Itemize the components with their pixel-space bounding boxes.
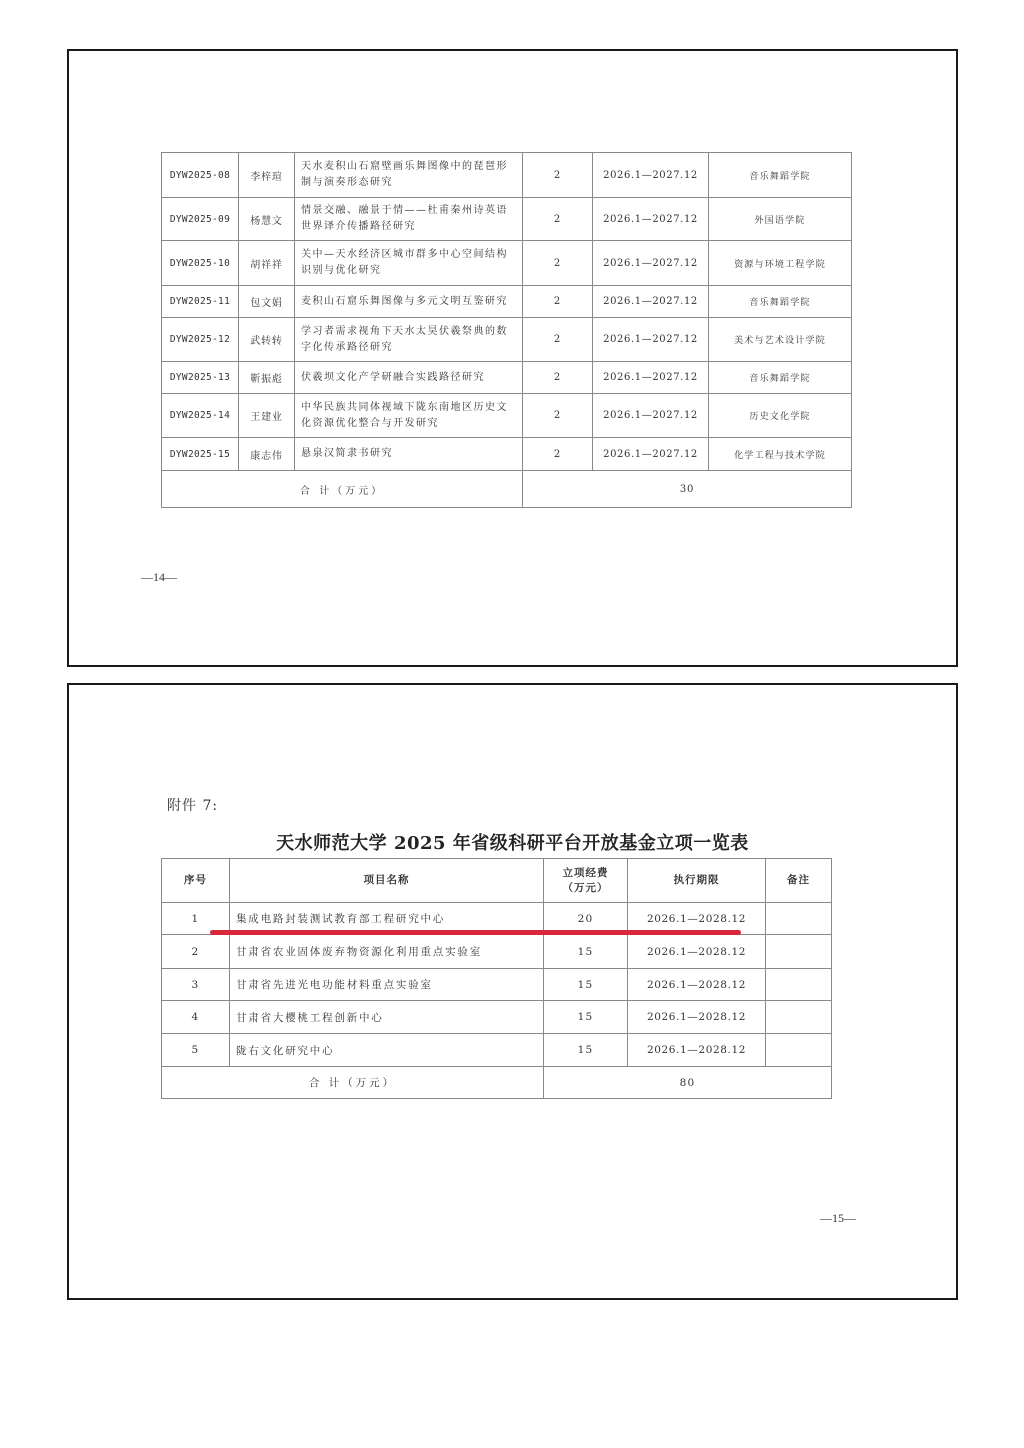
department: 化学工程与技术学院	[709, 438, 852, 471]
project-name: 甘肃省先进光电功能材料重点实验室	[230, 969, 544, 1001]
header-note: 备注	[766, 859, 832, 903]
table-row: DYW2025-14 王建业 中华民族共同体视域下陇东南地区历史文化资源优化整合…	[162, 394, 852, 438]
row-index: 5	[162, 1034, 230, 1067]
table-row: 2 甘肃省农业固体废弃物资源化利用重点实验室 15 2026.1—2028.12	[162, 935, 832, 969]
table-header-row: 序号 项目名称 立项经费 （万元） 执行期限 备注	[162, 859, 832, 903]
table-row: 4 甘肃省大樱桃工程创新中心 15 2026.1—2028.12	[162, 1001, 832, 1034]
table-row: DYW2025-09 杨慧文 情景交融、融景于情——杜甫秦州诗英语世界译介传播路…	[162, 198, 852, 241]
page-title: 天水师范大学 2025 年省级科研平台开放基金立项一览表	[69, 829, 956, 855]
project-title: 关中—天水经济区城市群多中心空间结构识别与优化研究	[295, 241, 523, 286]
project-title: 学习者需求视角下天水太昊伏羲祭典的数字化传承路径研究	[295, 318, 523, 362]
row-index: 4	[162, 1001, 230, 1034]
table-row: DYW2025-13 靳振彪 伏羲坝文化产学研融合实践路径研究 2 2026.1…	[162, 362, 852, 394]
header-project: 项目名称	[230, 859, 544, 903]
leader-name: 王建业	[239, 394, 295, 438]
funding-amount: 15	[544, 969, 628, 1001]
header-amount: 立项经费 （万元）	[544, 859, 628, 903]
execution-period: 2026.1—2027.12	[593, 362, 709, 394]
total-value: 80	[544, 1067, 832, 1099]
department: 历史文化学院	[709, 394, 852, 438]
project-title: 悬泉汉简隶书研究	[295, 438, 523, 471]
total-label: 合 计（万元）	[162, 1067, 544, 1099]
project-code: DYW2025-09	[162, 198, 239, 241]
funding-amount: 2	[523, 394, 593, 438]
funding-amount: 2	[523, 286, 593, 318]
project-title: 伏羲坝文化产学研融合实践路径研究	[295, 362, 523, 394]
project-code: DYW2025-12	[162, 318, 239, 362]
department: 美术与艺术设计学院	[709, 318, 852, 362]
funding-amount: 2	[523, 318, 593, 362]
total-row: 合 计（万元） 80	[162, 1067, 832, 1099]
table-row: 3 甘肃省先进光电功能材料重点实验室 15 2026.1—2028.12	[162, 969, 832, 1001]
funding-amount: 15	[544, 935, 628, 969]
project-name: 陇右文化研究中心	[230, 1034, 544, 1067]
header-period: 执行期限	[628, 859, 766, 903]
funding-amount: 2	[523, 362, 593, 394]
project-title: 天水麦积山石窟壁画乐舞图像中的琵琶形制与演奏形态研究	[295, 153, 523, 198]
execution-period: 2026.1—2028.12	[628, 1034, 766, 1067]
execution-period: 2026.1—2027.12	[593, 438, 709, 471]
table-row: 5 陇右文化研究中心 15 2026.1—2028.12	[162, 1034, 832, 1067]
project-name: 甘肃省农业固体废弃物资源化利用重点实验室	[230, 935, 544, 969]
execution-period: 2026.1—2027.12	[593, 394, 709, 438]
leader-name: 杨慧文	[239, 198, 295, 241]
document-page-14: DYW2025-08 李梓瑄 天水麦积山石窟壁画乐舞图像中的琵琶形制与演奏形态研…	[67, 49, 958, 667]
leader-name: 武转转	[239, 318, 295, 362]
table-row: DYW2025-15 康志伟 悬泉汉简隶书研究 2 2026.1—2027.12…	[162, 438, 852, 471]
department: 音乐舞蹈学院	[709, 362, 852, 394]
department: 音乐舞蹈学院	[709, 153, 852, 198]
execution-period: 2026.1—2027.12	[593, 286, 709, 318]
red-underline-highlight	[210, 930, 741, 935]
header-index: 序号	[162, 859, 230, 903]
funding-amount: 2	[523, 153, 593, 198]
project-code: DYW2025-08	[162, 153, 239, 198]
leader-name: 李梓瑄	[239, 153, 295, 198]
project-code: DYW2025-11	[162, 286, 239, 318]
execution-period: 2026.1—2028.12	[628, 969, 766, 1001]
total-row: 合 计（万元） 30	[162, 471, 852, 508]
note	[766, 1034, 832, 1067]
table-row: DYW2025-08 李梓瑄 天水麦积山石窟壁画乐舞图像中的琵琶形制与演奏形态研…	[162, 153, 852, 198]
funding-amount: 15	[544, 1034, 628, 1067]
department: 资源与环境工程学院	[709, 241, 852, 286]
document-page-15: 附件 7: 天水师范大学 2025 年省级科研平台开放基金立项一览表 序号 项目…	[67, 683, 958, 1300]
header-amount-line1: 立项经费	[550, 866, 621, 881]
table-row: DYW2025-10 胡祥祥 关中—天水经济区城市群多中心空间结构识别与优化研究…	[162, 241, 852, 286]
leader-name: 康志伟	[239, 438, 295, 471]
total-label: 合 计（万元）	[162, 471, 523, 508]
execution-period: 2026.1—2028.12	[628, 1001, 766, 1034]
page-number: —15—	[820, 1211, 856, 1226]
project-title: 麦积山石窟乐舞图像与多元文明互鉴研究	[295, 286, 523, 318]
note	[766, 935, 832, 969]
leader-name: 包文娟	[239, 286, 295, 318]
table-row: DYW2025-12 武转转 学习者需求视角下天水太昊伏羲祭典的数字化传承路径研…	[162, 318, 852, 362]
project-title: 中华民族共同体视域下陇东南地区历史文化资源优化整合与开发研究	[295, 394, 523, 438]
funding-amount: 2	[523, 241, 593, 286]
execution-period: 2026.1—2028.12	[628, 935, 766, 969]
leader-name: 胡祥祥	[239, 241, 295, 286]
project-name: 甘肃省大樱桃工程创新中心	[230, 1001, 544, 1034]
project-code: DYW2025-15	[162, 438, 239, 471]
header-amount-line2: （万元）	[550, 881, 621, 896]
execution-period: 2026.1—2027.12	[593, 153, 709, 198]
funding-amount: 2	[523, 438, 593, 471]
project-code: DYW2025-10	[162, 241, 239, 286]
row-index: 3	[162, 969, 230, 1001]
row-index: 2	[162, 935, 230, 969]
funding-table-continued: DYW2025-08 李梓瑄 天水麦积山石窟壁画乐舞图像中的琵琶形制与演奏形态研…	[161, 152, 852, 508]
funding-amount: 2	[523, 198, 593, 241]
execution-period: 2026.1—2027.12	[593, 198, 709, 241]
note	[766, 969, 832, 1001]
note	[766, 903, 832, 935]
execution-period: 2026.1—2027.12	[593, 241, 709, 286]
department: 音乐舞蹈学院	[709, 286, 852, 318]
page-number: —14—	[141, 570, 177, 585]
total-value: 30	[523, 471, 852, 508]
project-code: DYW2025-14	[162, 394, 239, 438]
note	[766, 1001, 832, 1034]
attachment-label: 附件 7:	[167, 795, 218, 815]
leader-name: 靳振彪	[239, 362, 295, 394]
project-code: DYW2025-13	[162, 362, 239, 394]
project-title: 情景交融、融景于情——杜甫秦州诗英语世界译介传播路径研究	[295, 198, 523, 241]
table-row: DYW2025-11 包文娟 麦积山石窟乐舞图像与多元文明互鉴研究 2 2026…	[162, 286, 852, 318]
platform-fund-table: 序号 项目名称 立项经费 （万元） 执行期限 备注 1 集成电路封装测试教育部工…	[161, 858, 832, 1099]
execution-period: 2026.1—2027.12	[593, 318, 709, 362]
department: 外国语学院	[709, 198, 852, 241]
funding-amount: 15	[544, 1001, 628, 1034]
